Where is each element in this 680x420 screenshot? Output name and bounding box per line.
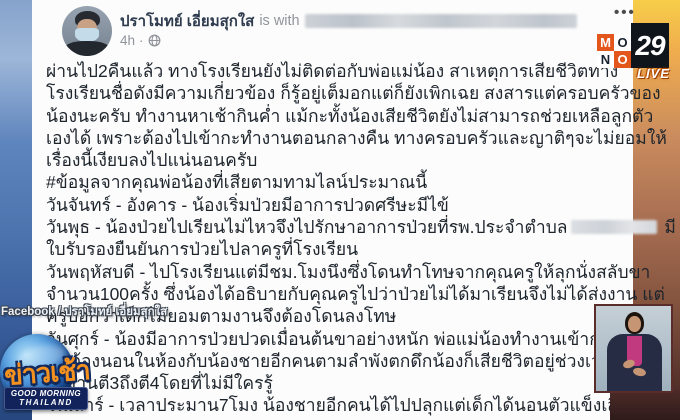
program-subtitle-banner: GOOD MORNING THAILAND [4, 387, 88, 410]
mono-letter-grid: M O N O [597, 34, 631, 68]
avatar-shoulders [65, 41, 109, 56]
interpreter-face [628, 316, 641, 332]
post-text-line: #ข้อมูลจากคุณพ่อน้องที่เสียตามทามไลน์ประ… [46, 171, 628, 193]
live-badge: LIVE [637, 66, 670, 81]
mono-letter-m: M [597, 34, 614, 51]
post-text-line: ระมานตี3ถึงตี4โดยที่ไม่มีใครรู้ [46, 372, 628, 394]
post-options-icon: ••• [614, 4, 636, 21]
tv-broadcast-frame: ปราโมทย์ เอี่ยมสุกใส is with 4h · ••• ผ่… [0, 0, 680, 420]
post-text-line: เรื่องนี้เงียบลงไปแน่นอนครับ [46, 149, 628, 171]
program-logo: ข่าวเช้า GOOD MORNING THAILAND [0, 334, 104, 420]
mono-letter-n: N [597, 51, 614, 68]
avatar-face-mask [75, 28, 99, 42]
studio-corner-dark [610, 390, 680, 420]
post-text-line: โรงเรียนชื่อดังมีความเกี่ยวข้อง ก็รู้อยู… [46, 82, 628, 104]
post-meta: 4h · [120, 33, 161, 48]
is-with-label: is with [259, 13, 299, 29]
meta-separator: · [139, 33, 144, 48]
post-text-line: วันพุธ - น้องป่วยไปเรียนไม่ไหวจึงไปรักษา… [46, 216, 628, 238]
mono-letter-o2: O [614, 51, 631, 68]
post-text-line: คืนต้องนอนในห้องกับน้องชายอีกคนตามลำพังต… [46, 350, 628, 372]
mono-letter-o1: O [614, 34, 631, 51]
post-text-line: น้องนะครับ ทำงานหาเช้ากินค่ำ แม้กะทั้งน้… [46, 105, 628, 127]
avatar [62, 6, 112, 56]
post-text-line: วันพฤหัสบดี - ไปโรงเรียนแต่มีชม.โมงนึงซึ… [46, 261, 628, 283]
sign-language-interpreter-inset [594, 304, 673, 393]
author-name: ปราโมทย์ เอี่ยมสุกใส [120, 9, 254, 33]
censored-text-blur [571, 220, 657, 234]
post-text-line: วันจันทร์ - อังคาร - น้องเริ่มป่วยมีอากา… [46, 194, 628, 216]
post-body: ผ่านไป2คืนแล้ว ทางโรงเรียนยังไม่ติดต่อกั… [46, 60, 628, 417]
censored-tagged-name [305, 14, 577, 28]
post-text-line: วันศุกร์ - น้องมีอาการป่วยปวดเมื่อนต้นขา… [46, 328, 628, 350]
post-text-line: ใบรับรองยืนยันการป่วยไปลาครูที่โรงเรียน [46, 238, 628, 260]
program-subtitle-2: THAILAND [5, 398, 87, 407]
mono29-channel-logo: M O N O 29 [597, 23, 669, 68]
post-header: ปราโมทย์ เอี่ยมสุกใส is with [120, 11, 577, 31]
post-text-line: ผ่านไป2คืนแล้ว ทางโรงเรียนยังไม่ติดต่อกั… [46, 60, 628, 82]
timestamp: 4h [120, 33, 135, 48]
post-text-line: เองได้ เพราะต้องไปเข้ากะทำงานตอนกลางคืน … [46, 127, 628, 149]
source-credit-watermark: Facebook / ปราโมทย์ เอี่ยมสุกใส [1, 303, 167, 321]
post-text-line: จำนวน100ครั้ง ซึ่งน้องได้อธิบายกับคุณครู… [46, 283, 628, 305]
post-text-line: วันเสาร์ - เวลาประมาน7โมง น้องชายอีกคนได… [46, 394, 628, 416]
globe-icon [148, 34, 161, 47]
mono-channel-number: 29 [631, 23, 669, 68]
program-subtitle-1: GOOD MORNING [5, 389, 87, 398]
